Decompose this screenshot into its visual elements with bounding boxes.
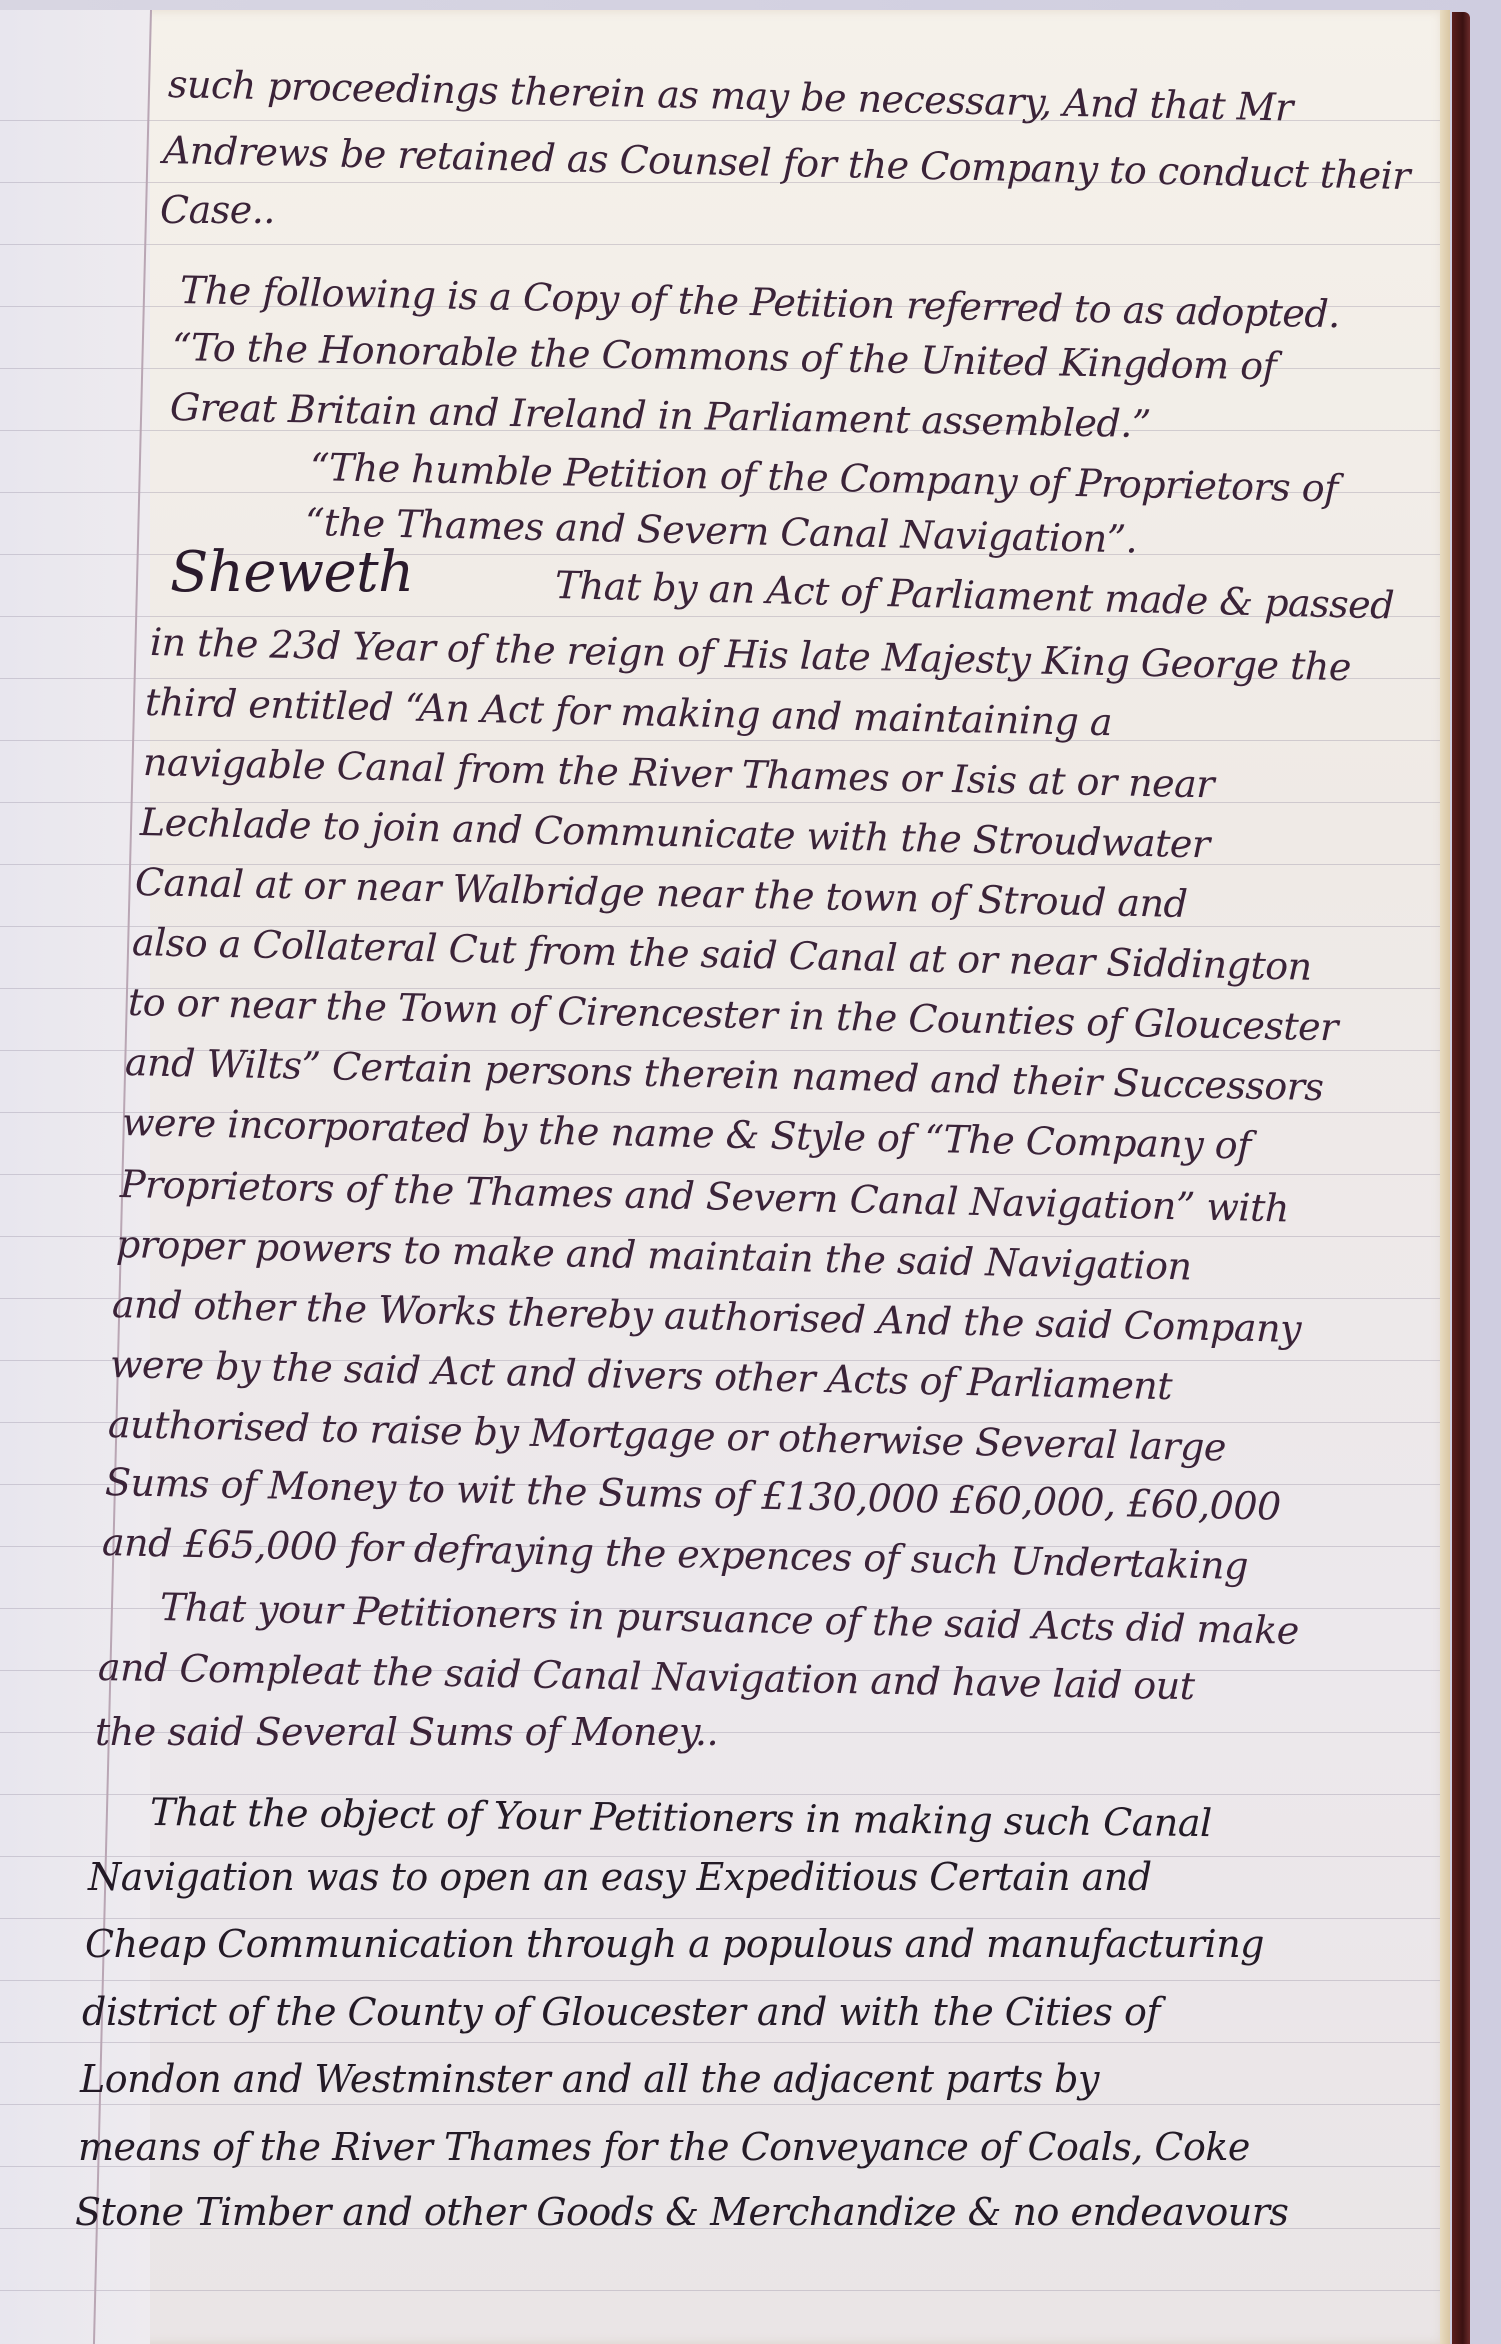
text-line: The following is a Copy of the Petition … xyxy=(180,268,1341,336)
text-line: such proceedings therein as may be neces… xyxy=(168,62,1294,130)
text-line: Lechlade to join and Communicate with th… xyxy=(140,800,1210,866)
text-line: and other the Works thereby authorised A… xyxy=(112,1282,1302,1351)
text-line: “the Thames and Severn Canal Navigation”… xyxy=(305,500,1138,561)
book-binding xyxy=(1452,12,1470,2344)
text-line: London and Westminster and all the adjac… xyxy=(80,2057,1099,2101)
text-line: means of the River Thames for the Convey… xyxy=(78,2125,1250,2169)
text-line: also a Collateral Cut from the said Cana… xyxy=(132,920,1313,989)
text-line: and Compleat the said Canal Navigation a… xyxy=(98,1645,1195,1708)
text-line: Cheap Communication through a populous a… xyxy=(85,1922,1264,1966)
text-line: the said Several Sums of Money.. xyxy=(95,1710,718,1754)
text-line: in the 23d Year of the reign of His late… xyxy=(150,620,1352,689)
text-line: and £65,000 for defraying the expences o… xyxy=(102,1520,1249,1588)
page-edge xyxy=(1440,10,1450,2344)
text-line: Andrews be retained as Counsel for the C… xyxy=(163,128,1411,198)
text-line: proper powers to make and maintain the s… xyxy=(116,1222,1192,1289)
text-line: Canal at or near Walbridge near the town… xyxy=(135,860,1188,926)
text-line: Proprietors of the Thames and Severn Can… xyxy=(120,1162,1290,1230)
text-line: “To the Honorable the Commons of the Uni… xyxy=(172,325,1277,388)
text-line: district of the County of Gloucester and… xyxy=(82,1990,1160,2034)
text-line: Case.. xyxy=(160,188,275,232)
text-line: “The humble Petition of the Company of P… xyxy=(310,445,1339,511)
text-line: authorised to raise by Mortgage or other… xyxy=(108,1402,1227,1469)
text-line: were by the said Act and divers other Ac… xyxy=(110,1342,1173,1408)
sheweth-heading: Sheweth xyxy=(170,540,414,605)
text-line: third entitled “An Act for making and ma… xyxy=(145,680,1113,744)
text-line: to or near the Town of Cirencester in th… xyxy=(128,980,1339,1049)
text-line: and Wilts” Certain persons therein named… xyxy=(125,1040,1324,1109)
text-line: navigable Canal from the River Thames or… xyxy=(143,740,1215,806)
text-line: Great Britain and Ireland in Parliament … xyxy=(170,385,1152,446)
text-line: That by an Act of Parliament made & pass… xyxy=(554,563,1394,627)
text-line: That your Petitioners in pursuance of th… xyxy=(160,1585,1300,1653)
text-line: were incorporated by the name & Style of… xyxy=(122,1100,1252,1168)
text-line: Navigation was to open an easy Expeditio… xyxy=(88,1855,1152,1899)
text-line: That the object of Your Petitioners in m… xyxy=(150,1790,1212,1845)
text-line: Sums of Money to wit the Sums of £130,00… xyxy=(105,1460,1282,1529)
text-line: Stone Timber and other Goods & Merchandi… xyxy=(75,2190,1288,2234)
manuscript-text: such proceedings therein as may be neces… xyxy=(0,0,1440,2344)
